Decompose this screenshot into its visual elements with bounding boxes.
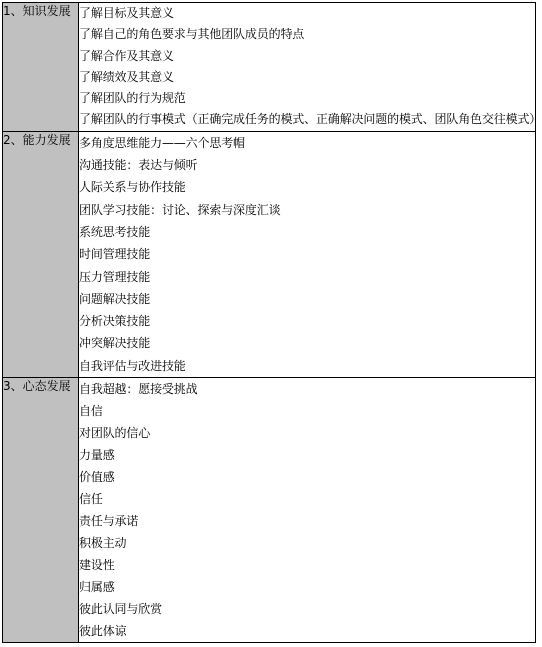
section-item: 了解目标及其意义 — [79, 3, 535, 24]
section-item: 了解绩效及其意义 — [79, 67, 535, 88]
table-row: 3、心态发展自我超越：愿接受挑战自信对团队的信心力量感价值感信任责任与承诺积极主… — [3, 378, 536, 643]
section-item: 系统思考技能 — [79, 221, 535, 243]
section-item: 价值感 — [79, 466, 535, 488]
section-header-cell: 2、能力发展 — [3, 131, 79, 377]
section-item: 彼此体谅 — [79, 620, 535, 642]
section-header-cell: 1、知识发展 — [3, 3, 79, 132]
section-items-cell: 了解目标及其意义了解自己的角色要求与其他团队成员的特点了解合作及其意义了解绩效及… — [79, 3, 536, 132]
section-items-cell: 自我超越：愿接受挑战自信对团队的信心力量感价值感信任责任与承诺积极主动建设性归属… — [79, 378, 536, 643]
section-item: 责任与承诺 — [79, 510, 535, 532]
section-item: 沟通技能：表达与倾听 — [79, 154, 535, 176]
section-item: 冲突解决技能 — [79, 332, 535, 354]
section-item: 对团队的信心 — [79, 422, 535, 444]
section-items-cell: 多角度思维能力——六个思考帽沟通技能：表达与倾听人际关系与协作技能团队学习技能：… — [79, 131, 536, 377]
section-item: 自我评估与改进技能 — [79, 355, 535, 377]
section-item: 自我超越：愿接受挑战 — [79, 378, 535, 400]
table-body: 1、知识发展了解目标及其意义了解自己的角色要求与其他团队成员的特点了解合作及其意… — [3, 3, 536, 643]
section-item: 彼此认同与欣赏 — [79, 598, 535, 620]
section-item: 信任 — [79, 488, 535, 510]
table-row: 2、能力发展多角度思维能力——六个思考帽沟通技能：表达与倾听人际关系与协作技能团… — [3, 131, 536, 377]
section-item: 归属感 — [79, 576, 535, 598]
section-item: 建设性 — [79, 554, 535, 576]
section-item: 自信 — [79, 400, 535, 422]
section-item: 多角度思维能力——六个思考帽 — [79, 132, 535, 154]
section-item: 了解自己的角色要求与其他团队成员的特点 — [79, 24, 535, 45]
section-item: 积极主动 — [79, 532, 535, 554]
section-item: 了解团队的行为规范 — [79, 88, 535, 109]
section-header-cell: 3、心态发展 — [3, 378, 79, 643]
section-item: 分析决策技能 — [79, 310, 535, 332]
table-row: 1、知识发展了解目标及其意义了解自己的角色要求与其他团队成员的特点了解合作及其意… — [3, 3, 536, 132]
section-item: 团队学习技能：讨论、探索与深度汇谈 — [79, 199, 535, 221]
section-item: 人际关系与协作技能 — [79, 176, 535, 198]
section-item: 了解团队的行事模式（正确完成任务的模式、正确解决问题的模式、团队角色交往模式） — [79, 109, 535, 130]
section-item: 压力管理技能 — [79, 266, 535, 288]
section-item: 力量感 — [79, 444, 535, 466]
section-item: 问题解决技能 — [79, 288, 535, 310]
document-page: 1、知识发展了解目标及其意义了解自己的角色要求与其他团队成员的特点了解合作及其意… — [0, 0, 542, 647]
section-item: 时间管理技能 — [79, 243, 535, 265]
section-item: 了解合作及其意义 — [79, 46, 535, 67]
development-table: 1、知识发展了解目标及其意义了解自己的角色要求与其他团队成员的特点了解合作及其意… — [2, 2, 536, 643]
